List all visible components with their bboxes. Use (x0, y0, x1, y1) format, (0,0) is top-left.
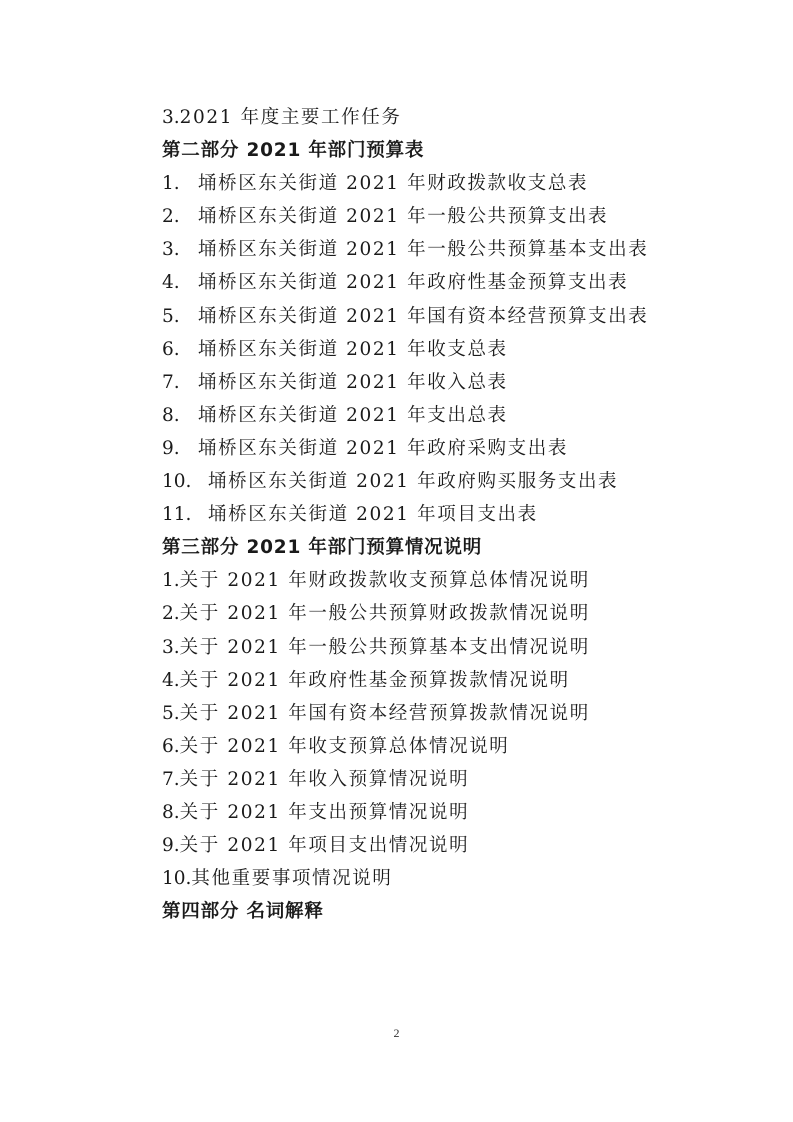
toc-table-item: 10.埇桥区东关街道 2021 年政府购买服务支出表 (162, 465, 682, 498)
item-text: 2021 年度主要工作任务 (180, 107, 402, 128)
item-text: 关于 2021 年国有资本经营预算拨款情况说明 (180, 703, 590, 724)
item-number: 3. (162, 233, 198, 266)
item-number: 10. (162, 465, 208, 498)
section-heading-part-two: 第二部分 2021 年部门预算表 (162, 134, 682, 167)
toc-table-item: 5.埇桥区东关街道 2021 年国有资本经营预算支出表 (162, 300, 682, 333)
item-text: 埇桥区东关街道 2021 年收支总表 (198, 339, 508, 360)
item-text: 关于 2021 年收入预算情况说明 (180, 769, 470, 790)
section-heading-part-three: 第三部分 2021 年部门预算情况说明 (162, 531, 682, 564)
item-number: 9. (162, 432, 198, 465)
toc-table-item: 3.埇桥区东关街道 2021 年一般公共预算基本支出表 (162, 233, 682, 266)
toc-note-item: 7.关于 2021 年收入预算情况说明 (162, 763, 682, 796)
item-number: 11. (162, 498, 208, 531)
toc-note-item: 5.关于 2021 年国有资本经营预算拨款情况说明 (162, 697, 682, 730)
toc-table-item: 8.埇桥区东关街道 2021 年支出总表 (162, 399, 682, 432)
toc-note-item: 2.关于 2021 年一般公共预算财政拨款情况说明 (162, 597, 682, 630)
item-number: 8. (162, 796, 180, 829)
item-text: 埇桥区东关街道 2021 年项目支出表 (208, 504, 538, 525)
item-text: 埇桥区东关街道 2021 年政府性基金预算支出表 (198, 272, 628, 293)
document-page: 3.2021 年度主要工作任务 第二部分 2021 年部门预算表 1.埇桥区东关… (0, 0, 793, 1122)
item-number: 2. (162, 597, 180, 630)
item-number: 3. (162, 631, 180, 664)
item-text: 埇桥区东关街道 2021 年收入总表 (198, 372, 508, 393)
toc-note-item: 4.关于 2021 年政府性基金预算拨款情况说明 (162, 664, 682, 697)
item-number: 7. (162, 366, 198, 399)
item-number: 4. (162, 266, 198, 299)
toc-table-item: 1.埇桥区东关街道 2021 年财政拨款收支总表 (162, 167, 682, 200)
item-text: 关于 2021 年一般公共预算财政拨款情况说明 (180, 603, 590, 624)
toc-table-item: 4.埇桥区东关街道 2021 年政府性基金预算支出表 (162, 266, 682, 299)
item-number: 1. (162, 167, 198, 200)
toc-note-item: 6.关于 2021 年收支预算总体情况说明 (162, 730, 682, 763)
toc-table-item: 2.埇桥区东关街道 2021 年一般公共预算支出表 (162, 200, 682, 233)
item-text: 埇桥区东关街道 2021 年政府购买服务支出表 (208, 471, 618, 492)
toc-item-work-tasks: 3.2021 年度主要工作任务 (162, 101, 682, 134)
item-text: 关于 2021 年收支预算总体情况说明 (180, 736, 510, 757)
item-number: 3. (162, 101, 180, 134)
table-of-contents: 3.2021 年度主要工作任务 第二部分 2021 年部门预算表 1.埇桥区东关… (162, 101, 682, 928)
toc-note-item: 1.关于 2021 年财政拨款收支预算总体情况说明 (162, 564, 682, 597)
toc-note-item: 8.关于 2021 年支出预算情况说明 (162, 796, 682, 829)
item-text: 埇桥区东关街道 2021 年政府采购支出表 (198, 438, 568, 459)
page-number: 2 (0, 1026, 793, 1041)
toc-note-item: 3.关于 2021 年一般公共预算基本支出情况说明 (162, 631, 682, 664)
item-text: 关于 2021 年一般公共预算基本支出情况说明 (180, 637, 590, 658)
item-number: 1. (162, 564, 180, 597)
item-number: 5. (162, 697, 180, 730)
item-number: 2. (162, 200, 198, 233)
item-text: 埇桥区东关街道 2021 年一般公共预算基本支出表 (198, 239, 648, 260)
item-number: 4. (162, 664, 180, 697)
item-number: 6. (162, 730, 180, 763)
item-text: 埇桥区东关街道 2021 年国有资本经营预算支出表 (198, 306, 648, 327)
section-heading-part-four: 第四部分 名词解释 (162, 895, 682, 928)
toc-table-item: 7.埇桥区东关街道 2021 年收入总表 (162, 366, 682, 399)
toc-note-item: 9.关于 2021 年项目支出情况说明 (162, 829, 682, 862)
item-number: 7. (162, 763, 180, 796)
toc-table-item: 6.埇桥区东关街道 2021 年收支总表 (162, 333, 682, 366)
item-text: 其他重要事项情况说明 (191, 868, 392, 889)
item-number: 8. (162, 399, 198, 432)
item-number: 5. (162, 300, 198, 333)
item-number: 9. (162, 829, 180, 862)
toc-table-item: 11.埇桥区东关街道 2021 年项目支出表 (162, 498, 682, 531)
toc-note-item: 10.其他重要事项情况说明 (162, 862, 682, 895)
item-number: 10. (162, 862, 191, 895)
item-text: 关于 2021 年支出预算情况说明 (180, 802, 470, 823)
item-text: 关于 2021 年项目支出情况说明 (180, 835, 470, 856)
item-text: 埇桥区东关街道 2021 年财政拨款收支总表 (198, 173, 588, 194)
item-number: 6. (162, 333, 198, 366)
toc-table-item: 9.埇桥区东关街道 2021 年政府采购支出表 (162, 432, 682, 465)
item-text: 埇桥区东关街道 2021 年一般公共预算支出表 (198, 206, 608, 227)
item-text: 关于 2021 年政府性基金预算拨款情况说明 (180, 670, 570, 691)
item-text: 关于 2021 年财政拨款收支预算总体情况说明 (180, 570, 590, 591)
item-text: 埇桥区东关街道 2021 年支出总表 (198, 405, 508, 426)
